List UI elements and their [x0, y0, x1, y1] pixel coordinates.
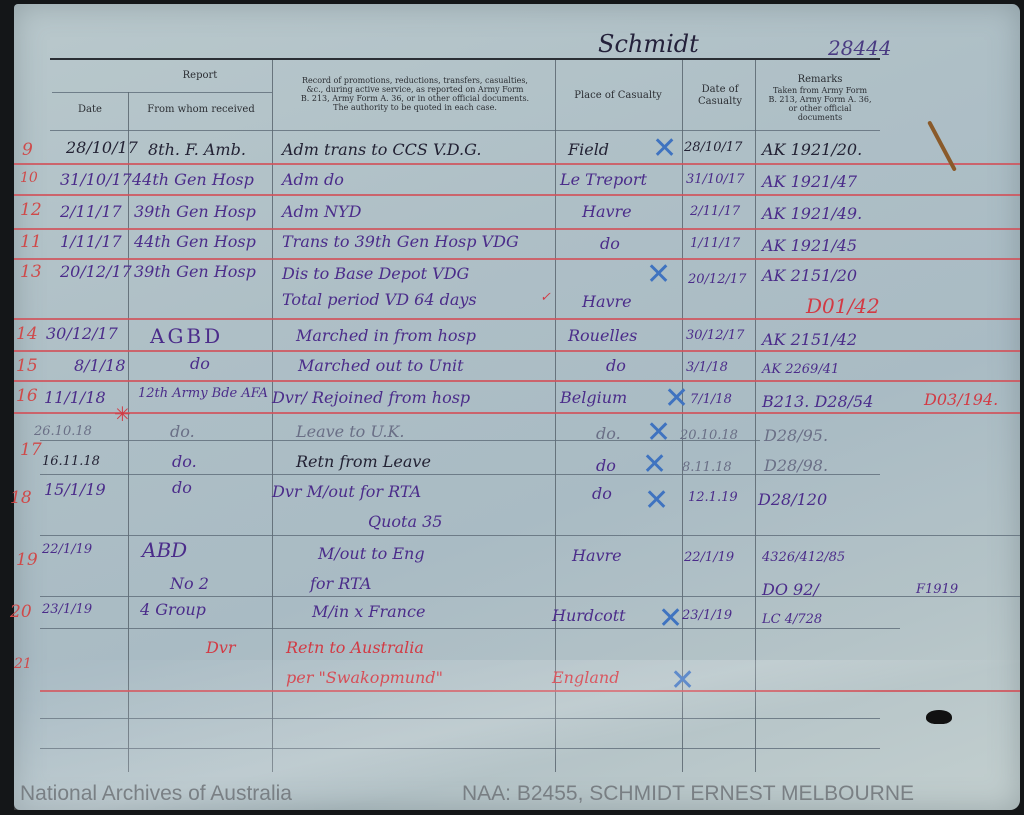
row-record: Retn from Leave [296, 452, 431, 471]
row-number: 16 [16, 386, 38, 406]
row-number: 19 [16, 550, 38, 570]
row-from: 39th Gen Hosp [134, 262, 256, 281]
archive-watermark: National Archives of Australia [20, 782, 292, 806]
header-remarks-line: or other official [758, 104, 882, 113]
row-rule [14, 228, 1020, 230]
row-remarks-continued: DO 92/ [762, 580, 819, 599]
row-record: Retn to Australia [286, 638, 424, 657]
header-from-whom: From whom received [132, 104, 270, 116]
row-number: 18 [10, 488, 32, 508]
row-place: England [552, 668, 619, 687]
row-from: do [172, 478, 192, 497]
row-remarks: D28/120 [758, 490, 827, 509]
row-date: 2/11/17 [60, 202, 122, 221]
row-rule [40, 628, 900, 629]
x-mark-icon: ✕ [658, 604, 683, 634]
row-place: do. [596, 424, 621, 443]
row-remarks: AK 1921/47 [762, 172, 857, 191]
ink-stain [926, 710, 952, 724]
row-remarks: 4326/412/85 [762, 550, 845, 565]
header-record-line: B. 213, Army Form A. 36, or in other off… [280, 94, 550, 103]
row-date: 8/1/18 [74, 356, 126, 375]
header-record: Record of promotions, reductions, transf… [280, 76, 550, 112]
row-date: 28/10/17 [66, 138, 138, 157]
row-casualty-date: 20/12/17 [688, 272, 746, 287]
row-from: ABD [142, 538, 187, 562]
row-remarks-continued: D03/194. [924, 390, 998, 409]
header-remarks-line: Taken from Army Form [758, 86, 882, 95]
row-date: 20/12/17 [60, 262, 132, 281]
column-divider [272, 60, 273, 772]
header-remarks: Remarks Taken from Army Form B. 213, Arm… [758, 74, 882, 122]
row-from: 4 Group [140, 600, 206, 619]
header-record-line: The authority to be quoted in each case. [280, 103, 550, 112]
row-number: 10 [20, 170, 38, 186]
record-reference: NAA: B2455, SCHMIDT ERNEST MELBOURNE [462, 782, 914, 806]
row-rule [14, 380, 1020, 382]
row-remarks: D28/95. [764, 426, 828, 445]
row-remarks: AK 2151/20 [762, 266, 857, 285]
row-casualty-date: 23/1/19 [682, 608, 732, 623]
row-rule [14, 350, 1020, 352]
row-number: 12 [20, 200, 42, 220]
row-record: Trans to 39th Gen Hosp VDG [282, 232, 519, 251]
row-place: do [596, 456, 616, 475]
row-date: 1/11/17 [60, 232, 122, 251]
row-place: do [592, 484, 612, 503]
x-mark-icon: ✕ [652, 134, 677, 164]
row-casualty-date: 28/10/17 [684, 140, 742, 155]
row-record-continued: for RTA [310, 574, 371, 593]
row-from: do. [170, 422, 195, 441]
x-mark-icon: ✕ [644, 486, 669, 516]
header-date-casualty-line: Casualty [684, 96, 756, 108]
row-casualty-date: 3/1/18 [686, 360, 728, 375]
header-date-casualty: Date of Casualty [684, 84, 756, 108]
row-casualty-date: 2/11/17 [690, 204, 740, 219]
row-remarks: D28/98. [764, 456, 828, 475]
asterisk-mark-icon: ✳ [114, 402, 131, 426]
row-from: do [190, 354, 210, 373]
row-place: Le Treport [560, 170, 647, 189]
row-remarks-continued: D01/42 [806, 294, 880, 318]
header-place: Place of Casualty [556, 90, 680, 102]
row-casualty-date: 8.11.18 [682, 460, 732, 475]
column-divider [755, 60, 756, 772]
surname: Schmidt [598, 30, 699, 58]
row-number: 20 [10, 602, 32, 622]
header-record-line: &c., during active service, as reported … [280, 85, 550, 94]
row-rule [14, 318, 1020, 320]
row-casualty-date: 20.10.18 [680, 428, 738, 443]
row-rule [14, 412, 1020, 414]
row-record: Adm do [282, 170, 552, 189]
row-place: Field [568, 140, 609, 159]
row-record: Marched in from hosp [296, 326, 476, 345]
row-rule [40, 535, 1020, 536]
x-mark-icon: ✕ [646, 260, 671, 290]
row-record-continued: Quota 35 [368, 512, 442, 531]
row-record-continued: Total period VD 64 days [282, 290, 477, 309]
row-date: 16.11.18 [42, 454, 100, 469]
row-casualty-date: 30/12/17 [686, 328, 744, 343]
header-remarks-line: B. 213, Army Form A. 36, [758, 95, 882, 104]
row-rule [14, 258, 1020, 260]
x-mark-icon: ✕ [646, 418, 671, 448]
header-date: Date [52, 104, 128, 116]
row-place: Belgium [560, 388, 627, 407]
row-number: 21 [14, 656, 32, 672]
row-place: Hurdcott [552, 606, 626, 625]
row-date: 30/12/17 [46, 324, 118, 343]
row-remarks: AK 1921/45 [762, 236, 857, 255]
row-rule [40, 748, 880, 749]
row-from: 44th Gen Hosp [132, 170, 254, 189]
row-place: Havre [582, 202, 632, 221]
row-number: 17 [20, 440, 42, 460]
service-number: 28444 [828, 36, 892, 60]
row-date: 23/1/19 [42, 602, 92, 617]
row-place: do [606, 356, 626, 375]
x-mark-icon: ✕ [642, 450, 667, 480]
row-rule [40, 596, 1020, 597]
row-remarks: LC 4/728 [762, 612, 822, 627]
row-from: 12th Army Bde AFA [138, 386, 268, 401]
row-casualty-date: 22/1/19 [684, 550, 734, 565]
row-date: 26.10.18 [34, 424, 92, 439]
row-number: 14 [16, 324, 38, 344]
row-rule [14, 163, 1020, 165]
row-place: do [600, 234, 620, 253]
row-place: Rouelles [568, 326, 637, 345]
row-remarks: AK 2151/42 [762, 330, 857, 349]
row-rule [40, 690, 1020, 692]
row-number: 15 [16, 356, 38, 376]
row-record: Leave to U.K. [296, 422, 405, 441]
row-record-continued: per "Swakopmund" [286, 668, 443, 687]
row-casualty-date: 1/11/17 [690, 236, 740, 251]
row-record: Dis to Base Depot VDG [282, 264, 469, 283]
header-date-casualty-line: Date of [684, 84, 756, 96]
row-date: 15/1/19 [44, 480, 106, 499]
row-remarks: AK 2269/41 [762, 362, 839, 377]
row-remarks-year: F1919 [916, 582, 958, 597]
row-date: 31/10/17 [60, 170, 132, 189]
row-from: 8th. F. Amb. [148, 140, 246, 159]
x-mark-icon: ✕ [664, 384, 689, 414]
row-date: 22/1/19 [42, 542, 92, 557]
row-number: 13 [20, 262, 42, 282]
row-remarks: AK 1921/20. [762, 140, 862, 159]
row-from: do. [172, 452, 197, 471]
row-from: 39th Gen Hosp [134, 202, 256, 221]
row-record: Adm NYD [282, 202, 361, 221]
column-divider [555, 60, 556, 772]
header-report-divider [52, 92, 272, 93]
row-record: Adm trans to CCS V.D.G. [282, 140, 481, 159]
row-record: Dvr/ Rejoined from hosp [272, 388, 470, 407]
row-rule [14, 194, 1020, 196]
x-mark-icon: ✕ [670, 666, 695, 696]
row-from-continued: No 2 [170, 574, 209, 593]
row-from: 44th Gen Hosp [134, 232, 256, 251]
header-remarks-title: Remarks [758, 74, 882, 86]
row-record: Dvr M/out for RTA [272, 482, 421, 501]
row-place: Havre [582, 292, 632, 311]
check-mark-icon: ✓ [540, 290, 551, 305]
row-rule [40, 718, 880, 719]
header-report: Report [130, 70, 270, 82]
row-date: 11/1/18 [44, 388, 106, 407]
row-record: Marched out to Unit [298, 356, 464, 375]
row-number: 11 [20, 232, 42, 252]
row-number: 9 [22, 140, 33, 160]
row-remarks: AK 1921/49. [762, 204, 862, 223]
row-place: Havre [572, 546, 622, 565]
row-record-prefix: Dvr [206, 638, 236, 657]
row-rule [40, 474, 880, 475]
row-from: AGBD [150, 324, 223, 348]
row-casualty-date: 31/10/17 [686, 172, 744, 187]
header-remarks-line: documents [758, 113, 882, 122]
row-casualty-date: 7/1/18 [690, 392, 732, 407]
row-casualty-date: 12.1.19 [688, 490, 738, 505]
row-record: M/in x France [312, 602, 425, 621]
row-remarks: B213. D28/54 [762, 392, 873, 411]
row-record: M/out to Eng [318, 544, 425, 563]
header-record-line: Record of promotions, reductions, transf… [280, 76, 550, 85]
